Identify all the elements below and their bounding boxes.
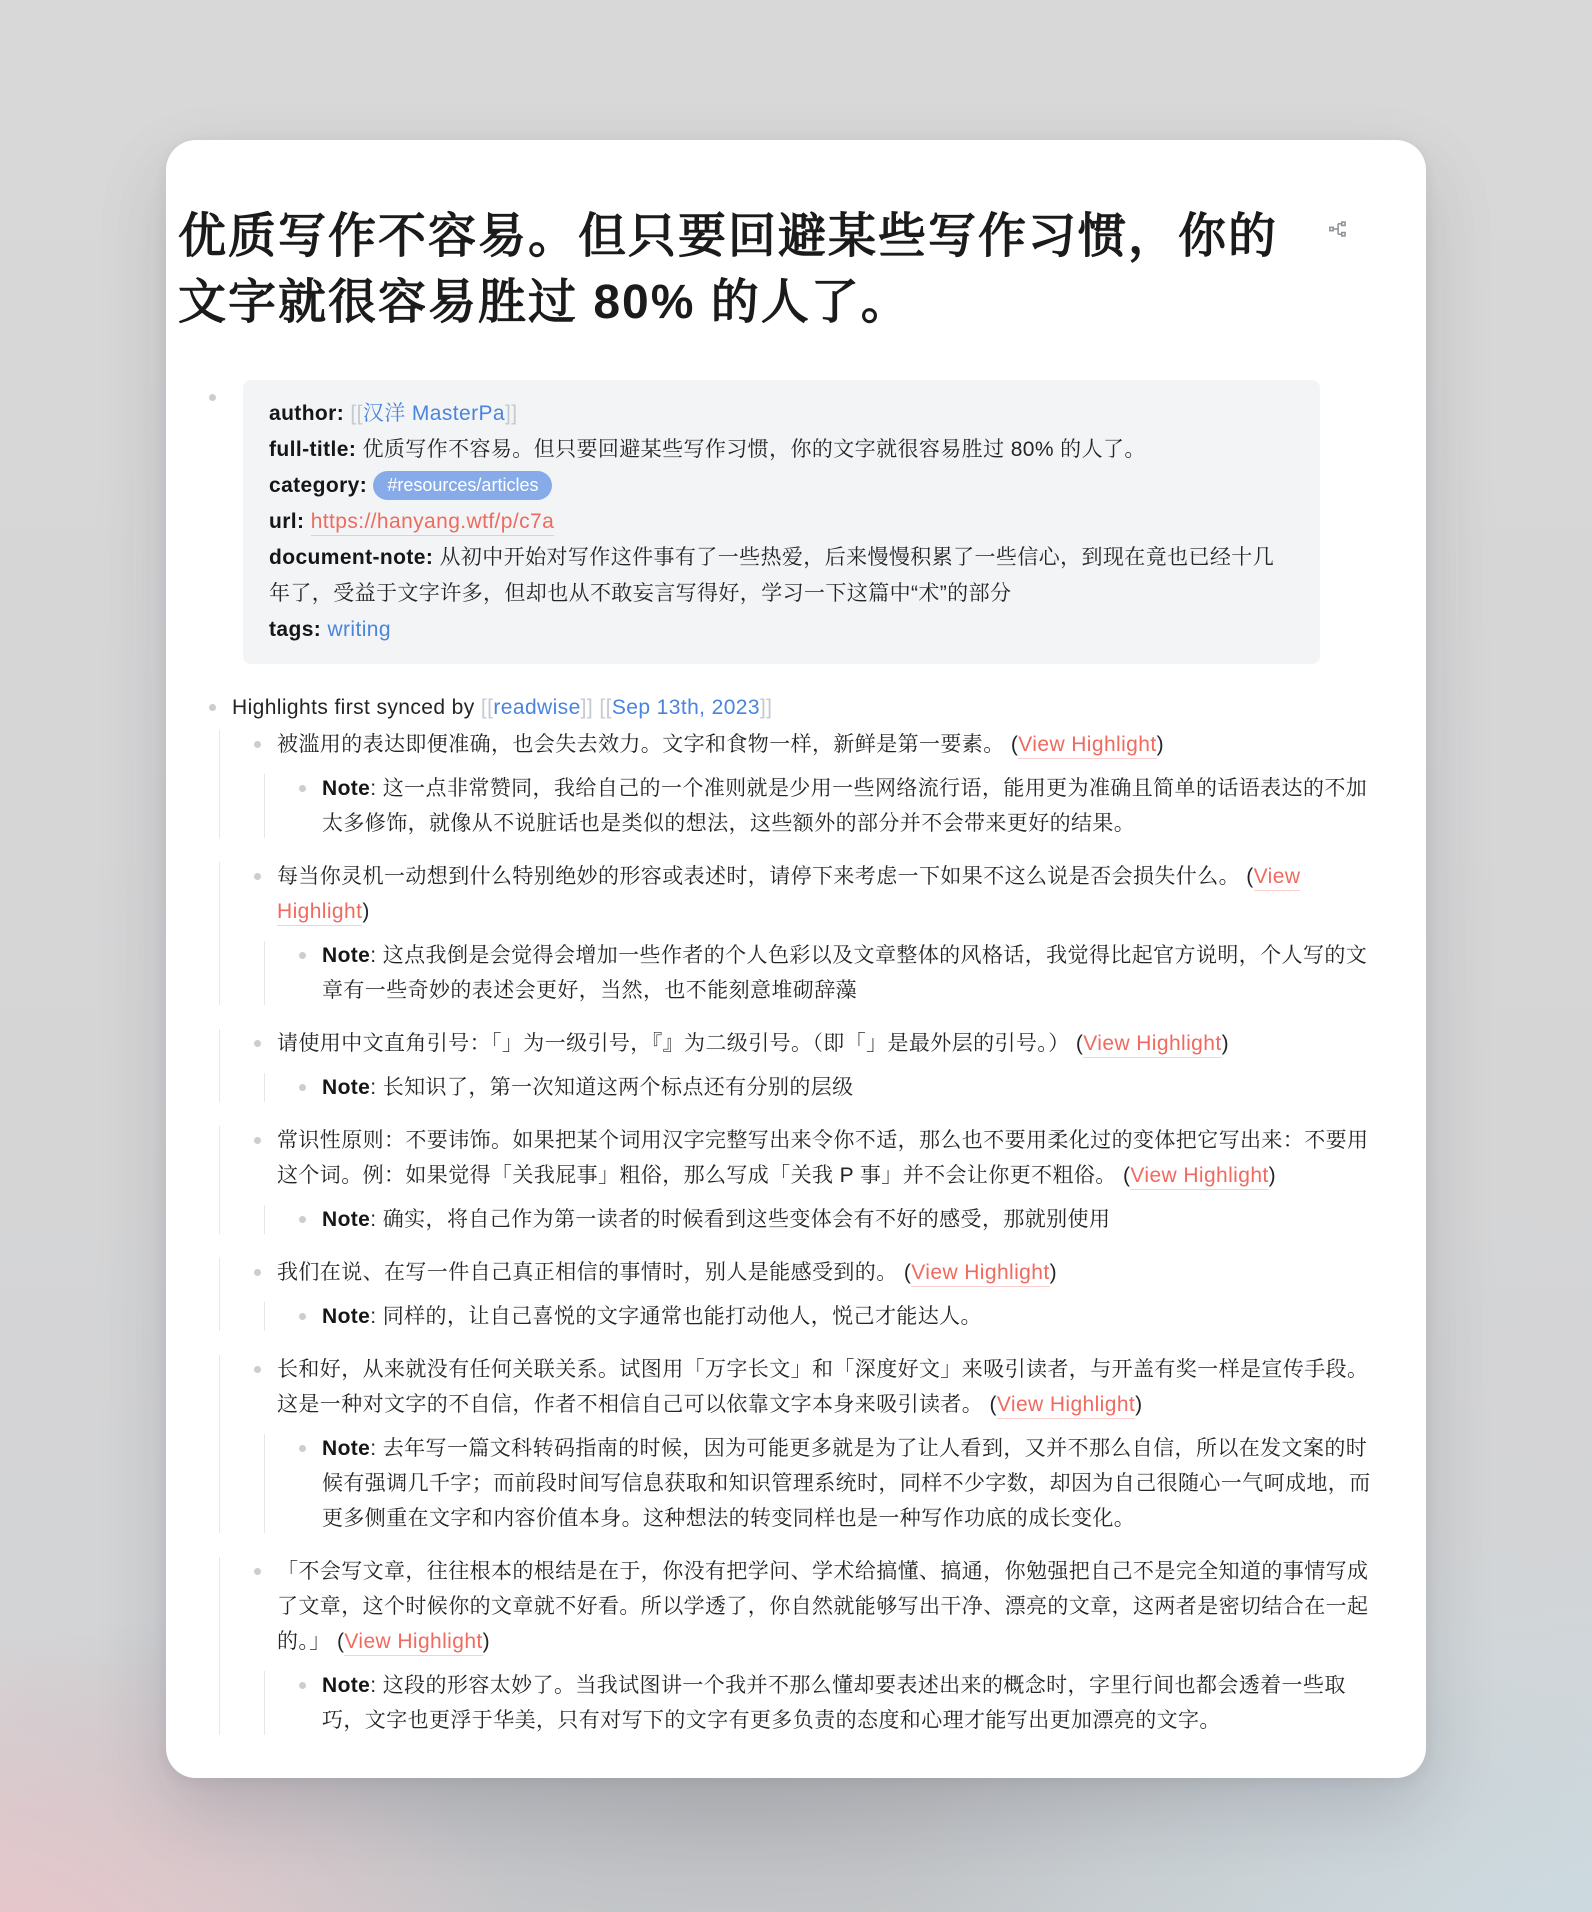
highlight-item: 常识性原则：不要讳饰。如果把某个词用汉字完整写出来令你不适，那么也不要用柔化过的… — [254, 1123, 1380, 1237]
wikilink-bracket-open: [[ — [599, 696, 611, 719]
note-item: Note: 同样的，让自己喜悦的文字通常也能打动他人，悦己才能达人。 — [299, 1299, 1380, 1334]
note-list: Note: 确实，将自己作为第一读者的时候看到这些变体会有不好的感受，那就别使用 — [264, 1202, 1380, 1237]
paren-close: ) — [1135, 1393, 1142, 1416]
author-wikilink[interactable]: 汉洋 MasterPa — [363, 402, 505, 425]
note-separator: : — [370, 1208, 382, 1231]
note-item: Note: 这一点非常赞同，我给自己的一个准则就是少用一些网络流行语，能用更为准… — [299, 771, 1380, 841]
metadata-row-category: category: #resources/articles — [269, 468, 1294, 504]
highlight-item: 「不会写文章，往往根本的根结是在于，你没有把学问、学术给搞懂、搞通，你勉强把自己… — [254, 1554, 1380, 1738]
highlight-item: 长和好，从来就没有任何关联关系。试图用「万字长文」和「深度好文」来吸引读者，与开… — [254, 1352, 1380, 1536]
metadata-row-author: author: [[汉洋 MasterPa]] — [269, 396, 1294, 432]
wikilink-bracket-close: ]] — [581, 696, 593, 719]
note-label: Note — [322, 777, 370, 800]
paren-open: ( — [1246, 865, 1253, 888]
author-label: author: — [269, 402, 344, 425]
wikilink-bracket-close: ]] — [505, 402, 517, 425]
highlight-item: 每当你灵机一动想到什么特别绝妙的形容或表述时，请停下来考虑一下如果不这么说是否会… — [254, 859, 1380, 1008]
wikilink-bracket-open: [[ — [350, 402, 362, 425]
note-text: 长知识了，第一次知道这两个标点还有分别的层级 — [383, 1076, 854, 1099]
desktop-background: 优质写作不容易。但只要回避某些写作习惯，你的文字就很容易胜过 80% 的人了。 … — [0, 0, 1592, 1912]
paren-close: ) — [483, 1630, 490, 1653]
note-item: Note: 这段的形容太妙了。当我试图讲一个我并不那么懂却要表述出来的概念时，字… — [299, 1668, 1380, 1738]
note-list: Note: 这段的形容太妙了。当我试图讲一个我并不那么懂却要表述出来的概念时，字… — [264, 1668, 1380, 1738]
highlight-item: 被滥用的表达即便准确，也会失去效力。文字和食物一样，新鲜是第一要素。 (View… — [254, 727, 1380, 841]
highlight-text: 被滥用的表达即便准确，也会失去效力。文字和食物一样，新鲜是第一要素。 — [277, 733, 1005, 756]
wikilink-bracket-close: ]] — [760, 696, 772, 719]
url-link[interactable]: https://hanyang.wtf/p/c7a — [311, 510, 554, 536]
note-separator: : — [370, 777, 382, 800]
note-text: 去年写一篇文科转码指南的时候，因为可能更多就是为了让人看到，又并不那么自信，所以… — [322, 1437, 1371, 1530]
highlight-text: 我们在说、在写一件自己真正相信的事情时，别人是能感受到的。 — [277, 1261, 898, 1284]
paren-open: ( — [989, 1393, 996, 1416]
note-item: Note: 长知识了，第一次知道这两个标点还有分别的层级 — [299, 1070, 1380, 1105]
highlight-item: 请使用中文直角引号：「」为一级引号，『』为二级引号。（即「」是最外层的引号。） … — [254, 1026, 1380, 1105]
tags-label: tags: — [269, 618, 321, 641]
view-highlight-link[interactable]: View Highlight — [1083, 1032, 1221, 1058]
note-separator: : — [370, 944, 382, 967]
note-list: Note: 同样的，让自己喜悦的文字通常也能打动他人，悦己才能达人。 — [264, 1299, 1380, 1334]
metadata-row-url: url: https://hanyang.wtf/p/c7a — [269, 504, 1294, 540]
note-item: Note: 去年写一篇文科转码指南的时候，因为可能更多就是为了让人看到，又并不那… — [299, 1431, 1380, 1536]
view-highlight-link[interactable]: View Highlight — [997, 1393, 1135, 1419]
note-separator: : — [370, 1305, 382, 1328]
note-label: Note — [322, 1437, 370, 1460]
paren-close: ) — [1050, 1261, 1057, 1284]
note-label: Note — [322, 944, 370, 967]
note-separator: : — [370, 1674, 382, 1697]
view-highlight-link[interactable]: View Highlight — [1018, 733, 1156, 759]
view-highlight-link[interactable]: View Highlight — [344, 1630, 482, 1656]
tags-link[interactable]: writing — [327, 618, 390, 641]
note-separator: : — [370, 1076, 382, 1099]
note-text: 这一点非常赞同，我给自己的一个准则就是少用一些网络流行语，能用更为准确且简单的话… — [322, 777, 1367, 835]
note-card: 优质写作不容易。但只要回避某些写作习惯，你的文字就很容易胜过 80% 的人了。 … — [166, 140, 1426, 1778]
page-title: 优质写作不容易。但只要回避某些写作习惯，你的文字就很容易胜过 80% 的人了。 — [178, 204, 1318, 336]
metadata-row-tags: tags: writing — [269, 612, 1294, 648]
note-list: Note: 这一点非常赞同，我给自己的一个准则就是少用一些网络流行语，能用更为准… — [264, 771, 1380, 841]
sync-date-wikilink[interactable]: Sep 13th, 2023 — [612, 696, 760, 719]
note-text: 同样的，让自己喜悦的文字通常也能打动他人，悦己才能达人。 — [383, 1305, 982, 1328]
sync-line-item: Highlights first synced by [[readwise]] … — [209, 690, 1380, 1738]
view-highlight-link[interactable]: View Highlight — [1130, 1164, 1268, 1190]
paren-close: ) — [1157, 733, 1164, 756]
highlight-item: 我们在说、在写一件自己真正相信的事情时，别人是能感受到的。 (View High… — [254, 1255, 1380, 1334]
url-label: url: — [269, 510, 304, 533]
note-text: 这点我倒是会觉得会增加一些作者的个人色彩以及文章整体的风格话，我觉得比起官方说明… — [322, 944, 1367, 1002]
full-title-value: 优质写作不容易。但只要回避某些写作习惯，你的文字就很容易胜过 80% 的人了。 — [362, 438, 1145, 461]
note-text: 确实，将自己作为第一读者的时候看到这些变体会有不好的感受，那就别使用 — [383, 1208, 1111, 1231]
note-list: Note: 长知识了，第一次知道这两个标点还有分别的层级 — [264, 1070, 1380, 1105]
document-note-label: document-note: — [269, 546, 433, 569]
readwise-wikilink[interactable]: readwise — [493, 696, 580, 719]
note-item: Note: 这点我倒是会觉得会增加一些作者的个人色彩以及文章整体的风格话，我觉得… — [299, 938, 1380, 1008]
note-label: Note — [322, 1305, 370, 1328]
note-item: Note: 确实，将自己作为第一读者的时候看到这些变体会有不好的感受，那就别使用 — [299, 1202, 1380, 1237]
note-list: Note: 这点我倒是会觉得会增加一些作者的个人色彩以及文章整体的风格话，我觉得… — [264, 938, 1380, 1008]
highlights-list: 被滥用的表达即便准确，也会失去效力。文字和食物一样，新鲜是第一要素。 (View… — [219, 727, 1380, 1738]
full-title-label: full-title: — [269, 438, 356, 461]
metadata-row-document-note: document-note: 从初中开始对写作这件事有了一些热爱，后来慢慢积累了… — [269, 540, 1294, 612]
paren-close: ) — [362, 900, 369, 923]
sync-prefix: Highlights first synced by — [232, 696, 475, 719]
category-tag[interactable]: #resources/articles — [373, 471, 552, 500]
highlight-text: 长和好，从来就没有任何关联关系。试图用「万字长文」和「深度好文」来吸引读者，与开… — [277, 1358, 1368, 1416]
view-highlight-link[interactable]: View Highlight — [911, 1261, 1049, 1287]
note-separator: : — [370, 1437, 382, 1460]
outline-tree-icon[interactable] — [1328, 218, 1350, 240]
document-outline: author: [[汉洋 MasterPa]] full-title: 优质写作… — [209, 380, 1380, 1738]
wikilink-bracket-open: [[ — [481, 696, 493, 719]
metadata-block: author: [[汉洋 MasterPa]] full-title: 优质写作… — [243, 380, 1320, 664]
highlight-text: 请使用中文直角引号：「」为一级引号，『』为二级引号。（即「」是最外层的引号。） — [277, 1032, 1070, 1055]
paren-close: ) — [1269, 1164, 1276, 1187]
note-label: Note — [322, 1674, 370, 1697]
note-label: Note — [322, 1076, 370, 1099]
note-text: 这段的形容太妙了。当我试图讲一个我并不那么懂却要表述出来的概念时，字里行间也都会… — [322, 1674, 1346, 1732]
metadata-item: author: [[汉洋 MasterPa]] full-title: 优质写作… — [209, 380, 1380, 664]
note-label: Note — [322, 1208, 370, 1231]
metadata-row-full-title: full-title: 优质写作不容易。但只要回避某些写作习惯，你的文字就很容易… — [269, 432, 1294, 468]
note-list: Note: 去年写一篇文科转码指南的时候，因为可能更多就是为了让人看到，又并不那… — [264, 1431, 1380, 1536]
paren-close: ) — [1222, 1032, 1229, 1055]
highlight-text: 每当你灵机一动想到什么特别绝妙的形容或表述时，请停下来考虑一下如果不这么说是否会… — [277, 865, 1240, 888]
category-label: category: — [269, 474, 367, 497]
